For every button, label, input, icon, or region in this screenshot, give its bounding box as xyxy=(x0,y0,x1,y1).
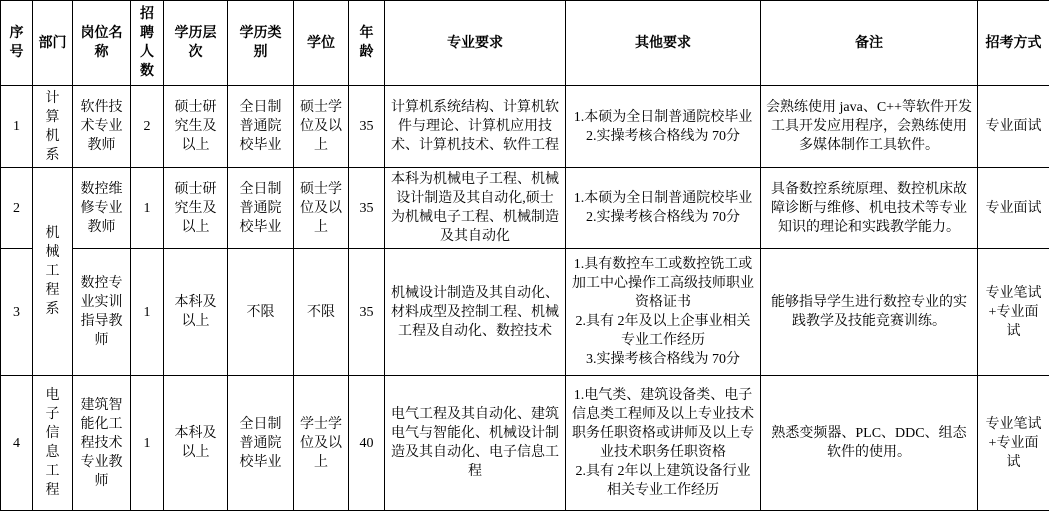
cell-edu-level: 本科及以上 xyxy=(164,376,228,511)
header-major: 专业要求 xyxy=(385,1,566,86)
cell-remarks: 熟悉变频器、PLC、DDC、组态软件的使用。 xyxy=(761,376,978,511)
cell-seq: 1 xyxy=(1,86,33,168)
cell-edu-type: 全日制普通院校毕业 xyxy=(228,168,294,249)
cell-age: 35 xyxy=(349,168,385,249)
cell-seq: 4 xyxy=(1,376,33,511)
cell-count: 2 xyxy=(131,86,164,168)
cell-position: 建筑智能化工程技术专业教师 xyxy=(73,376,131,511)
cell-degree: 不限 xyxy=(294,249,349,376)
cell-other: 1.本硕为全日制普通院校毕业 2.实操考核合格线为 70分 xyxy=(566,168,761,249)
cell-other: 1.本硕为全日制普通院校毕业 2.实操考核合格线为 70分 xyxy=(566,86,761,168)
cell-method: 专业面试 xyxy=(978,86,1049,168)
cell-degree: 硕士学位及以上 xyxy=(294,168,349,249)
header-remarks: 备注 xyxy=(761,1,978,86)
cell-position: 软件技术专业教师 xyxy=(73,86,131,168)
cell-age: 35 xyxy=(349,86,385,168)
header-age: 年龄 xyxy=(349,1,385,86)
table-row-2: 2 机械工程系 数控维修专业教师 1 硕士研究生及以上 全日制普通院校毕业 硕士… xyxy=(1,168,1049,249)
cell-edu-level: 硕士研究生及以上 xyxy=(164,86,228,168)
cell-other: 1.电气类、建筑设备类、电子信息类工程师及以上专业技术职务任职资格或讲师及以上专… xyxy=(566,376,761,511)
cell-other: 1.具有数控车工或数控铣工或加工中心操作工高级技师职业资格证书 2.具有 2年及… xyxy=(566,249,761,376)
header-position: 岗位名称 xyxy=(73,1,131,86)
header-method: 招考方式 xyxy=(978,1,1049,86)
cell-major: 本科为机械电子工程、机械设计制造及其自动化,硕士为机械电子工程、机械制造及其自动… xyxy=(385,168,566,249)
cell-remarks: 具备数控系统原理、数控机床故障诊断与维修、机电技术等专业知识的理论和实践教学能力… xyxy=(761,168,978,249)
cell-seq: 2 xyxy=(1,168,33,249)
cell-method: 专业面试 xyxy=(978,168,1049,249)
cell-position: 数控维修专业教师 xyxy=(73,168,131,249)
header-edu-level: 学历层次 xyxy=(164,1,228,86)
cell-edu-type: 全日制普通院校毕业 xyxy=(228,86,294,168)
cell-edu-type: 不限 xyxy=(228,249,294,376)
cell-seq: 3 xyxy=(1,249,33,376)
cell-edu-level: 本科及以上 xyxy=(164,249,228,376)
table-row-1: 1 计算机系 软件技术专业教师 2 硕士研究生及以上 全日制普通院校毕业 硕士学… xyxy=(1,86,1049,168)
cell-degree: 学士学位及以上 xyxy=(294,376,349,511)
cell-dept: 计算机系 xyxy=(33,86,73,168)
cell-dept: 机械工程系 xyxy=(33,168,73,376)
cell-major: 机械设计制造及其自动化、材料成型及控制工程、机械工程及自动化、数控技术 xyxy=(385,249,566,376)
header-row: 序号 部门 岗位名称 招聘人数 学历层次 学历类别 学位 年龄 专业要求 其他要… xyxy=(1,1,1049,86)
header-other: 其他要求 xyxy=(566,1,761,86)
cell-degree: 硕士学位及以上 xyxy=(294,86,349,168)
dept-text: 计算机系 xyxy=(46,89,60,165)
table-row-4: 4 电子信息工程 建筑智能化工程技术专业教师 1 本科及以上 全日制普通院校毕业… xyxy=(1,376,1049,511)
dept-text: 电子信息工程 xyxy=(46,386,60,500)
table-row-3: 3 数控专业实训指导教师 1 本科及以上 不限 不限 35 机械设计制造及其自动… xyxy=(1,249,1049,376)
cell-method: 专业笔试+专业面试 xyxy=(978,376,1049,511)
cell-remarks: 能够指导学生进行数控专业的实践教学及技能竞赛训练。 xyxy=(761,249,978,376)
cell-count: 1 xyxy=(131,249,164,376)
cell-major: 电气工程及其自动化、建筑电气与智能化、机械设计制造及其自动化、电子信息工程 xyxy=(385,376,566,511)
cell-edu-type: 全日制普通院校毕业 xyxy=(228,376,294,511)
cell-major: 计算机系统结构、计算机软件与理论、计算机应用技术、计算机技术、软件工程 xyxy=(385,86,566,168)
header-count: 招聘人数 xyxy=(131,1,164,86)
recruitment-table: 序号 部门 岗位名称 招聘人数 学历层次 学历类别 学位 年龄 专业要求 其他要… xyxy=(0,0,1049,511)
header-dept: 部门 xyxy=(33,1,73,86)
header-count-text: 招聘人数 xyxy=(140,5,154,81)
cell-remarks: 会熟练使用 java、C++等软件开发工具开发应用程序，会熟练使用多媒体制作工具… xyxy=(761,86,978,168)
header-seq: 序号 xyxy=(1,1,33,86)
cell-position: 数控专业实训指导教师 xyxy=(73,249,131,376)
recruitment-table-sheet: 序号 部门 岗位名称 招聘人数 学历层次 学历类别 学位 年龄 专业要求 其他要… xyxy=(0,0,1049,510)
cell-method: 专业笔试+专业面试 xyxy=(978,249,1049,376)
cell-dept: 电子信息工程 xyxy=(33,376,73,511)
cell-edu-level: 硕士研究生及以上 xyxy=(164,168,228,249)
cell-count: 1 xyxy=(131,376,164,511)
dept-text: 机械工程系 xyxy=(46,224,60,319)
header-degree: 学位 xyxy=(294,1,349,86)
cell-age: 40 xyxy=(349,376,385,511)
header-edu-type: 学历类别 xyxy=(228,1,294,86)
cell-count: 1 xyxy=(131,168,164,249)
cell-age: 35 xyxy=(349,249,385,376)
